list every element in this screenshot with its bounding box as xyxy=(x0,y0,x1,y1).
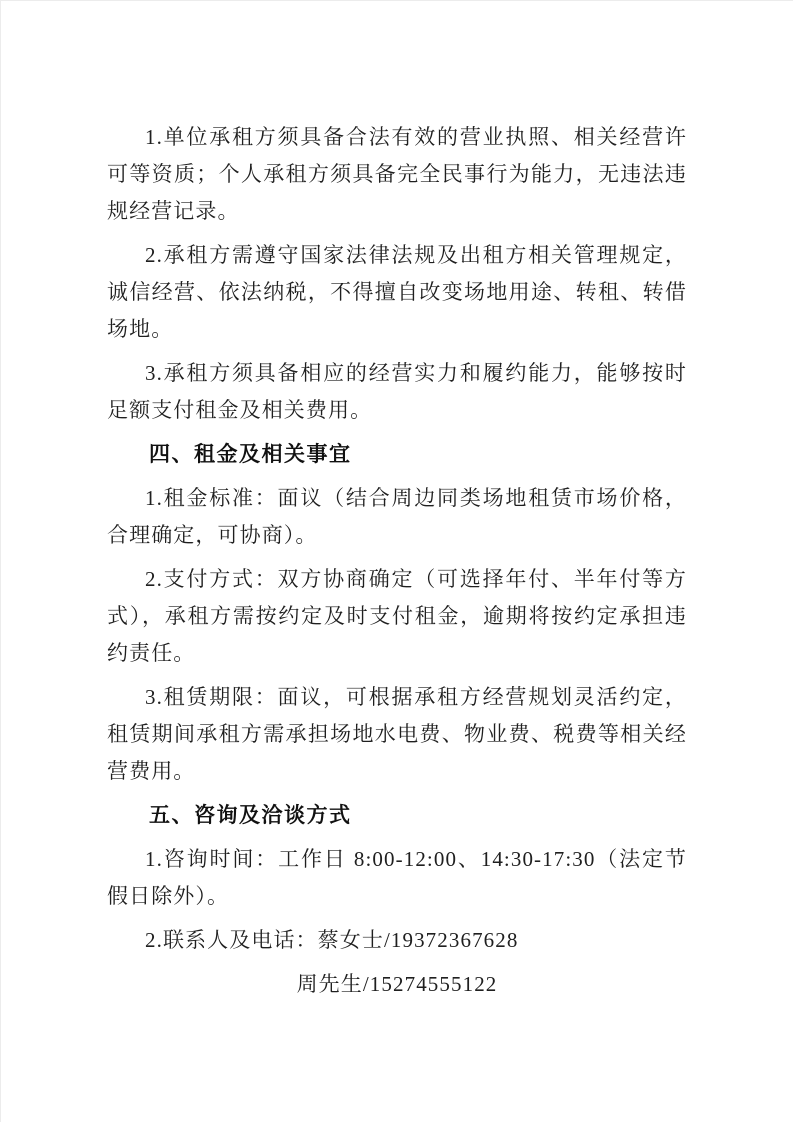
doc-paragraph-contact-phone-1: 2.联系人及电话：蔡女士/19372367628 xyxy=(107,922,687,959)
doc-paragraph-consult-time: 1.咨询时间：工作日 8:00-12:00、14:30-17:30（法定节假日除… xyxy=(107,841,687,915)
doc-paragraph-lease-term: 3.租赁期限：面议，可根据承租方经营规划灵活约定，租赁期间承租方需承担场地水电费… xyxy=(107,679,687,790)
document-page: 1.单位承租方须具备合法有效的营业执照、相关经营许可等资质；个人承租方须具备完全… xyxy=(0,0,793,1122)
section-heading-consultation: 五、咨询及洽谈方式 xyxy=(107,797,687,834)
doc-paragraph-tenant-qualification: 1.单位承租方须具备合法有效的营业执照、相关经营许可等资质；个人承租方须具备完全… xyxy=(107,119,687,230)
doc-paragraph-tenant-capability: 3.承租方须具备相应的经营实力和履约能力，能够按时足额支付租金及相关费用。 xyxy=(107,355,687,429)
doc-paragraph-contact-phone-2: 周先生/15274555122 xyxy=(107,966,687,1003)
doc-paragraph-tenant-compliance: 2.承租方需遵守国家法律法规及出租方相关管理规定，诚信经营、依法纳税，不得擅自改… xyxy=(107,237,687,348)
section-heading-rent-matters: 四、租金及相关事宜 xyxy=(107,436,687,473)
doc-paragraph-payment-method: 2.支付方式：双方协商确定（可选择年付、半年付等方式），承租方需按约定及时支付租… xyxy=(107,561,687,672)
doc-paragraph-rent-standard: 1.租金标准：面议（结合周边同类场地租赁市场价格，合理确定，可协商）。 xyxy=(107,480,687,554)
